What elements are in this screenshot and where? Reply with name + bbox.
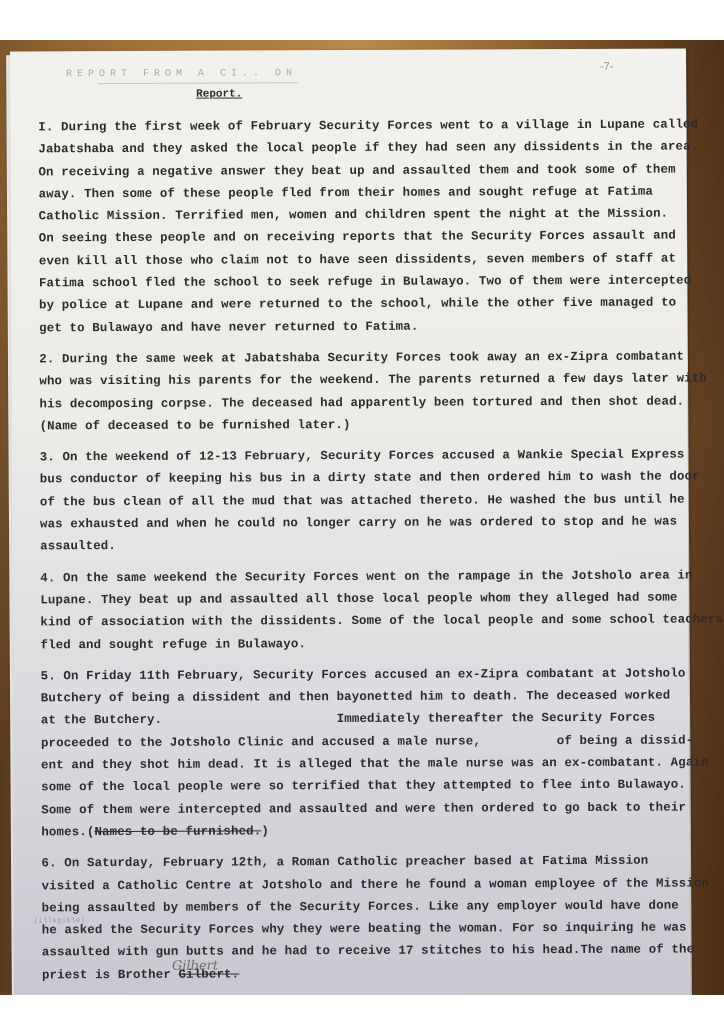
text-line-with-strikethrough: priest is Brother Gilbert.: [42, 961, 682, 986]
text-line: who was visiting his parents for the wee…: [39, 368, 679, 393]
paragraph-2: 2. During the same week at Jabatshaba Se…: [39, 346, 679, 438]
paragraph-3: 3. On the weekend of 12-13 February, Sec…: [40, 444, 680, 558]
handwritten-correction: Gilbert: [172, 959, 218, 974]
document-body: I. During the first week of February Sec…: [38, 114, 682, 995]
text-line: On seeing these people and on receiving …: [39, 225, 679, 250]
paragraph-1: I. During the first week of February Sec…: [38, 114, 679, 340]
line-prefix: priest is Brother: [42, 967, 179, 982]
desk-background: REPORT FROM A CI.. ON -7- Report. I. Dur…: [0, 40, 724, 995]
margin-annotation: (illegible): [34, 917, 86, 925]
text-line: 3. On the weekend of 12-13 February, Sec…: [40, 444, 680, 469]
text-line: (Name of deceased to be furnished later.…: [40, 412, 680, 437]
text-line: On receiving a negative answer they beat…: [38, 158, 678, 183]
text-line: Catholic Mission. Terrified men, women a…: [39, 203, 679, 228]
text-line: some of the local people were so terrifi…: [41, 774, 681, 799]
text-line: even kill all those who claim not to hav…: [39, 247, 679, 272]
text-line: away. Then some of these people fled fro…: [39, 180, 679, 205]
text-line: Lupane. They beat up and assaulted all t…: [40, 586, 680, 611]
text-line: was exhausted and when he could no longe…: [40, 511, 680, 536]
paragraph-4: 4. On the same weekend the Security Forc…: [40, 564, 680, 656]
text-line: assaulted with gun butts and he had to r…: [42, 939, 682, 964]
text-line: 6. On Saturday, February 12th, a Roman C…: [41, 850, 681, 875]
photo-frame: REPORT FROM A CI.. ON -7- Report. I. Dur…: [0, 0, 724, 1024]
text-line: get to Bulawayo and have never returned …: [39, 314, 679, 339]
text-line: by police at Lupane and were returned to…: [39, 292, 679, 317]
faint-header-text: REPORT FROM A CI.. ON: [66, 68, 297, 80]
text-line: 2. During the same week at Jabatshaba Se…: [39, 346, 679, 371]
text-line: Some of them were intercepted and assaul…: [41, 796, 681, 821]
text-line-with-strikethrough: homes.(Names to be furnished.): [41, 818, 681, 843]
text-line: Butchery of being a dissident and then b…: [41, 685, 681, 710]
text-line: visited a Catholic Centre at Jotsholo an…: [42, 872, 682, 897]
document-title: Report.: [196, 88, 242, 100]
text-line: fled and sought refuge in Bulawayo.: [40, 631, 680, 656]
document-page: REPORT FROM A CI.. ON -7- Report. I. Dur…: [10, 49, 690, 995]
text-line: 5. On Friday 11th February, Security For…: [41, 662, 681, 687]
text-line: Fatima school fled the school to seek re…: [39, 270, 679, 295]
text-line: kind of association with the dissidents.…: [40, 609, 680, 634]
text-line: his decomposing corpse. The deceased had…: [39, 390, 679, 415]
struck-text: Names to be furnished.: [94, 824, 261, 839]
text-line: being assaulted by members of the Securi…: [42, 894, 682, 919]
text-line: at the Butchery. Immediately thereafter …: [41, 707, 681, 732]
paragraph-5: 5. On Friday 11th February, Security For…: [41, 662, 682, 843]
text-line: Jabatshaba and they asked the local peop…: [38, 136, 678, 161]
line-prefix: homes.(: [41, 825, 94, 839]
text-line: I. During the first week of February Sec…: [38, 114, 678, 139]
text-line: of the bus clean of all the mud that was…: [40, 488, 680, 513]
text-line: he asked the Security Forces why they we…: [42, 917, 682, 942]
line-suffix: ): [261, 824, 269, 838]
faint-header-rule: [98, 82, 298, 84]
paragraph-6: 6. On Saturday, February 12th, a Roman C…: [41, 850, 682, 987]
text-line: proceeded to the Jotsholo Clinic and acc…: [41, 729, 681, 754]
text-line: assaulted.: [40, 533, 680, 558]
text-line: ent and they shot him dead. It is allege…: [41, 752, 681, 777]
text-line: 4. On the same weekend the Security Forc…: [40, 564, 680, 589]
page-number: -7-: [600, 61, 614, 73]
text-line: bus conductor of keeping his bus in a di…: [40, 466, 680, 491]
